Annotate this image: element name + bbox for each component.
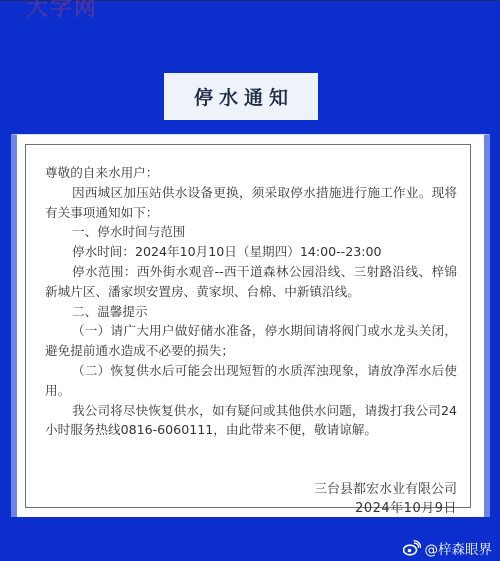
title-banner: 停水通知 xyxy=(164,73,318,120)
intro-paragraph: 因西城区加压站供水设备更换，须采取停水措施进行施工作业。现将有关事项通知如下： xyxy=(45,183,457,223)
notice-page: 大字网 停水通知 尊敬的自来水用户： 因西城区加压站供水设备更换，须采取停水措施… xyxy=(0,0,500,561)
page-title: 停水通知 xyxy=(188,83,294,110)
outage-scope: 停水范围：西外街水观音--西干道森林公园沿线、三射路沿线、梓锦新城片区、潘家坝安… xyxy=(45,262,457,302)
outage-time: 停水时间：2024年10月10日（星期四）14:00--23:00 xyxy=(45,242,457,262)
section-heading-tips: 二、温馨提示 xyxy=(45,302,457,322)
weibo-icon xyxy=(403,540,421,556)
watermark: 大字网 xyxy=(26,0,98,22)
greeting: 尊敬的自来水用户： xyxy=(45,163,457,183)
notice-body: 尊敬的自来水用户： 因西城区加压站供水设备更换，须采取停水措施进行施工作业。现将… xyxy=(45,163,457,440)
signature-date: 2024年10月9日 xyxy=(314,499,457,518)
source-handle[interactable]: @梓森眼界 xyxy=(425,538,493,558)
closing-paragraph: 我公司将尽快恢复供水，如有疑问或其他供水问题，请拨打我公司24小时服务热线081… xyxy=(45,401,457,441)
tip-item: （一）请广大用户做好储水准备，停水期间请将阀门或水龙头关闭，避免提前通水造成不必… xyxy=(45,321,457,361)
tip-item: （二）恢复供水后可能会出现短暂的水质浑浊现象，请放净浑水后使用。 xyxy=(45,361,457,401)
signature-block: 三台县都宏水业有限公司 2024年10月9日 xyxy=(314,480,457,518)
company-name: 三台县都宏水业有限公司 xyxy=(314,480,457,499)
section-heading-time-scope: 一、停水时间与范围 xyxy=(45,222,457,242)
source-attribution: @梓森眼界 xyxy=(403,538,493,558)
